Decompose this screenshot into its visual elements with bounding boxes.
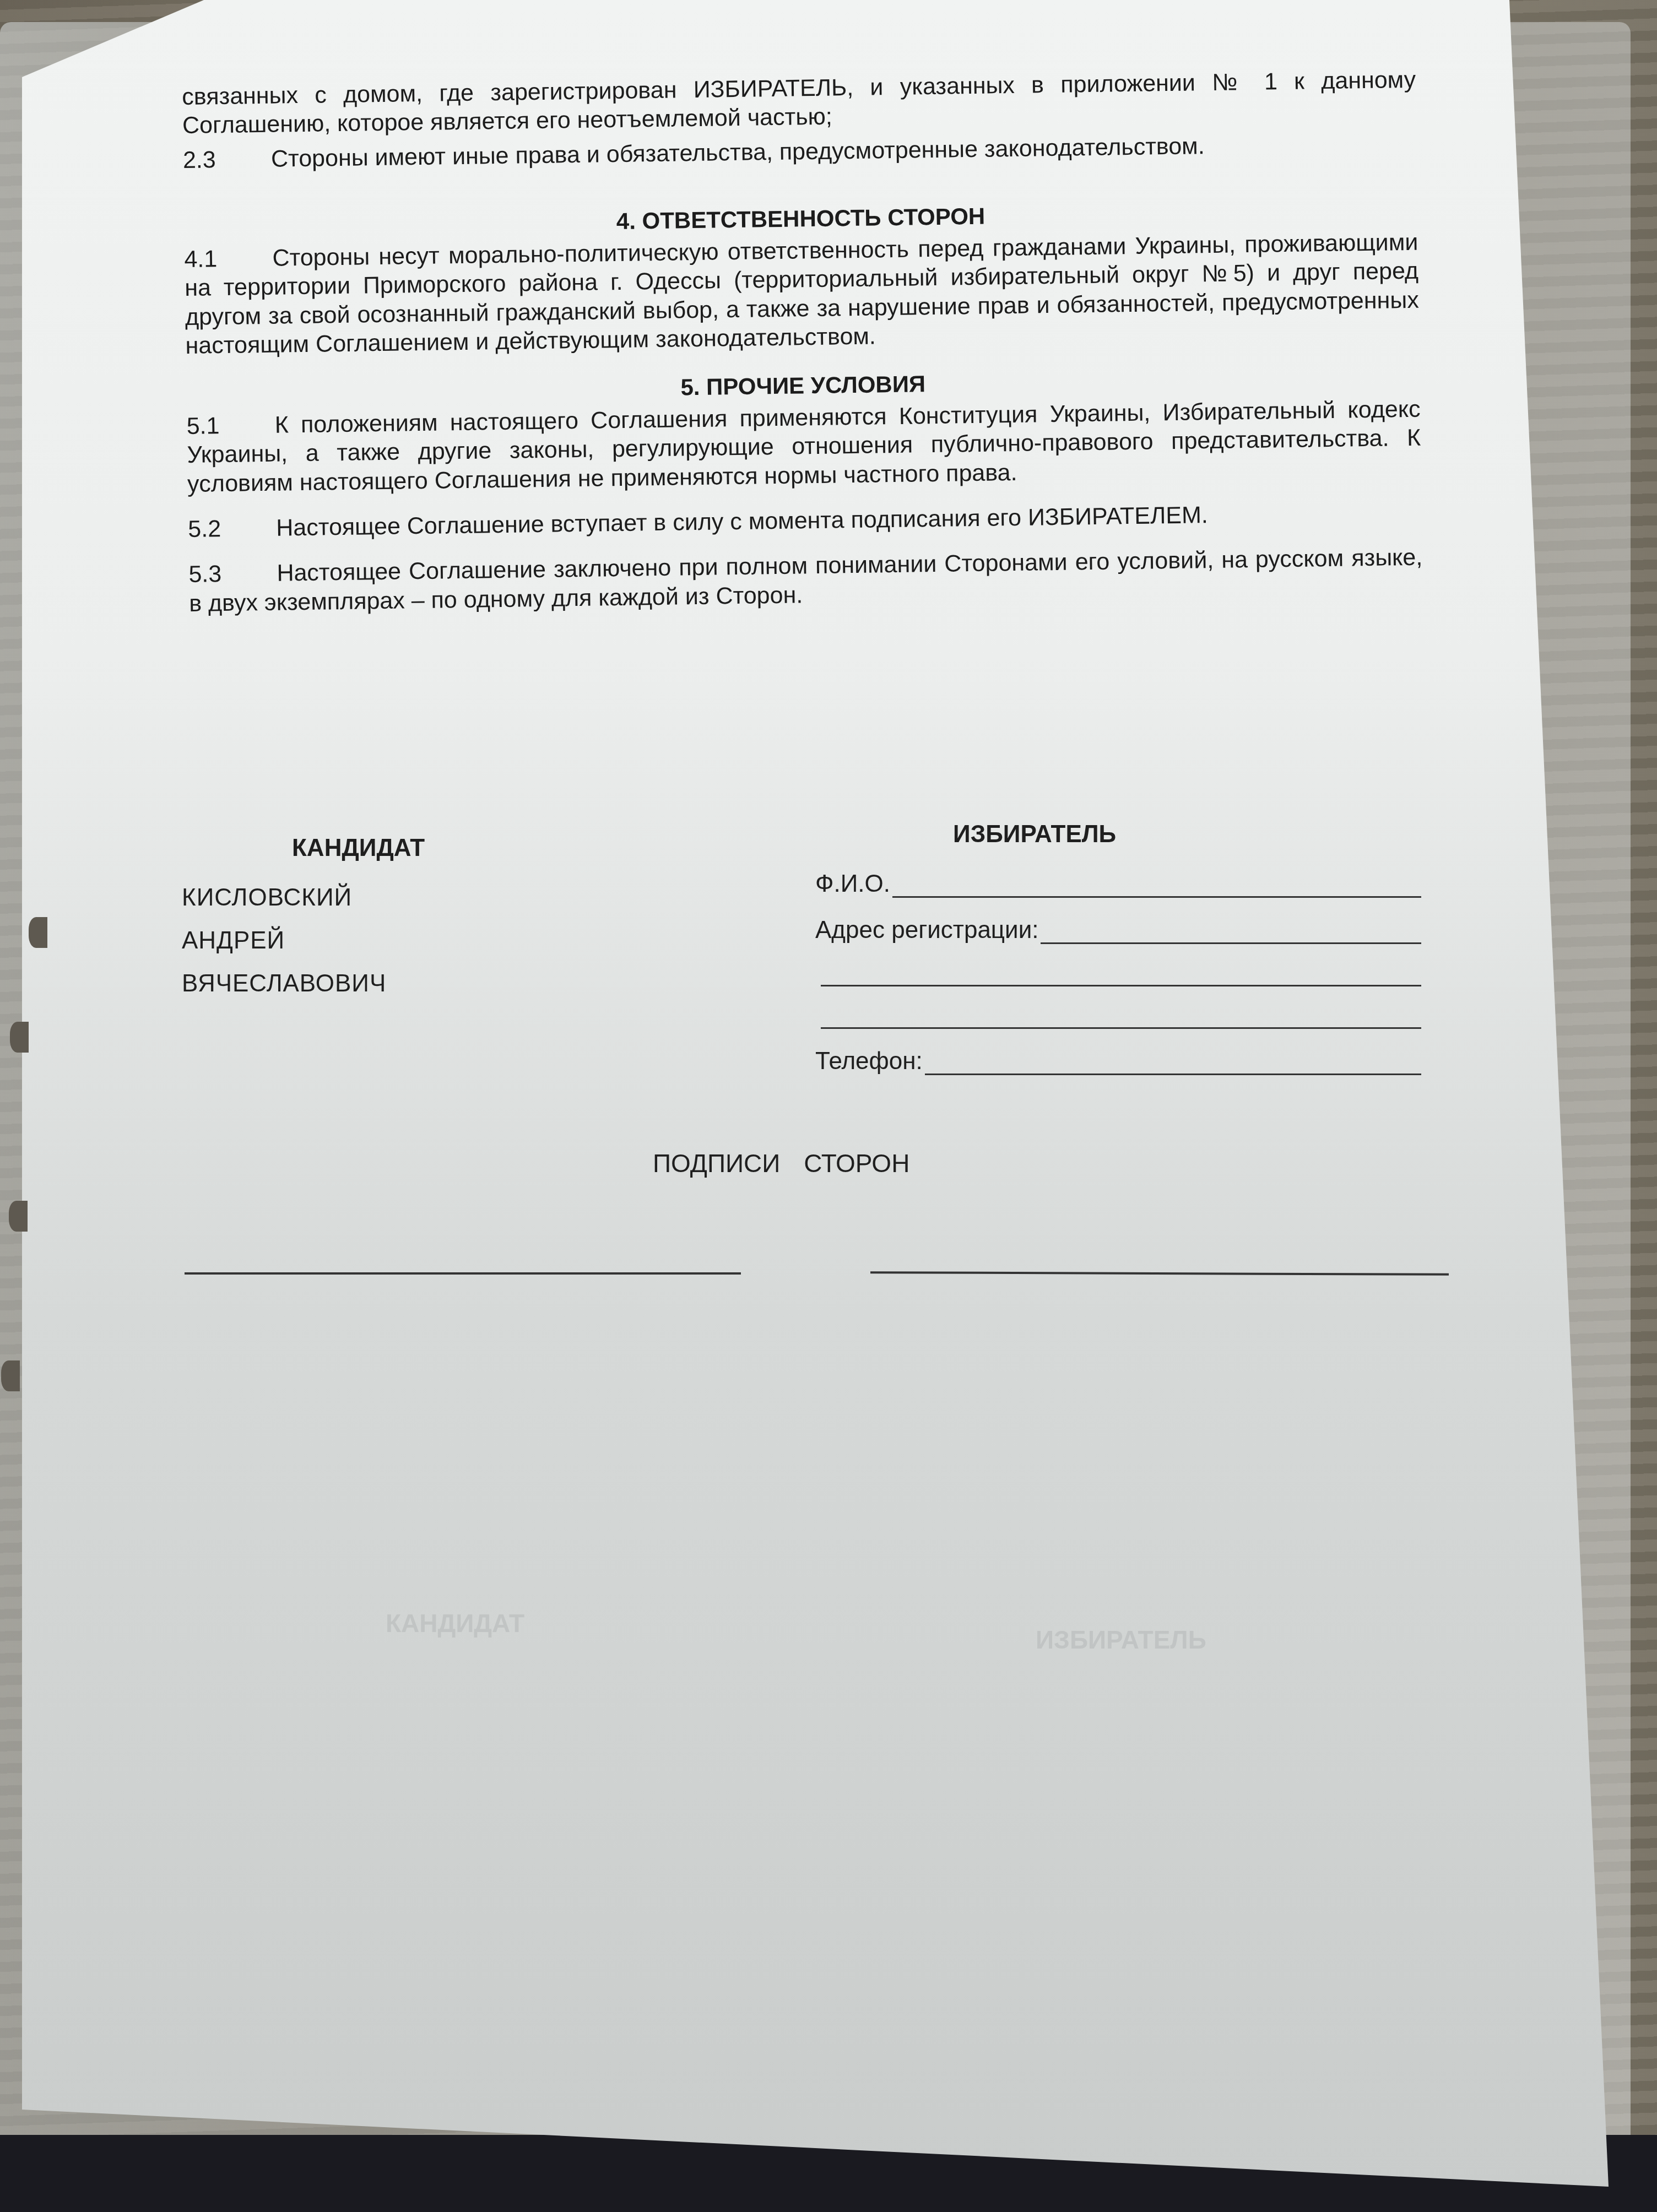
address-blank[interactable] [1041, 920, 1421, 944]
voter-column: ИЗБИРАТЕЛЬ Ф.И.О. Адрес регистрации: Тел… [815, 821, 1421, 1094]
voter-address-field: Адрес регистрации: [815, 917, 1421, 944]
punch-hole [29, 917, 47, 948]
clause-number: 5.2 [188, 514, 277, 544]
voter-title: ИЗБИРАТЕЛЬ [815, 821, 1421, 848]
clause-number: 4.1 [184, 243, 273, 274]
clause-text: Стороны несут морально-политическую отве… [185, 229, 1419, 359]
full-name-blank[interactable] [892, 874, 1421, 898]
parties-block: КАНДИДАТ КИСЛОВСКИЙ АНДРЕЙ ВЯЧЕСЛАВОВИЧ … [182, 821, 1421, 1129]
clause-5-3: 5.3Настоящее Соглашение заключено при по… [188, 543, 1423, 618]
candidate-surname: КИСЛОВСКИЙ [182, 884, 678, 912]
voter-address-line-2 [815, 963, 1421, 986]
voter-address-line-3 [815, 1005, 1421, 1029]
clause-number: 5.3 [188, 559, 277, 589]
clause-5-1: 5.1К положениям настоящего Соглашения пр… [186, 394, 1421, 498]
bleed-through-text-left: КАНДИДАТ [386, 1608, 524, 1638]
clause-text: Настоящее Соглашение заключено при полно… [189, 544, 1423, 617]
address-line-2-blank[interactable] [821, 963, 1421, 986]
clause-text: Стороны имеют иные права и обязательства… [271, 133, 1205, 172]
candidate-signature-line[interactable] [185, 1272, 741, 1275]
voter-full-name-field: Ф.И.О. [815, 870, 1421, 898]
clause-text: К положениям настоящего Соглашения приме… [187, 395, 1421, 497]
clause-4-1: 4.1Стороны несут морально-политическую о… [184, 227, 1420, 360]
signatures-title: ПОДПИСИ СТОРОН [653, 1148, 909, 1178]
punch-hole [1, 1360, 20, 1391]
bleed-through-text-right: ИЗБИРАТЕЛЬ [1036, 1625, 1206, 1655]
punch-hole [9, 1201, 28, 1232]
phone-label: Телефон: [815, 1048, 923, 1075]
full-name-label: Ф.И.О. [815, 870, 890, 898]
punch-hole [10, 1022, 29, 1053]
candidate-first-name: АНДРЕЙ [182, 927, 678, 955]
clause-5-2: 5.2Настоящее Соглашение вступает в силу … [188, 498, 1422, 544]
candidate-patronymic: ВЯЧЕСЛАВОВИЧ [182, 970, 678, 997]
voter-phone-field: Телефон: [815, 1048, 1421, 1075]
candidate-title: КАНДИДАТ [182, 821, 678, 862]
clause-text: Настоящее Соглашение вступает в силу с м… [276, 502, 1208, 541]
candidate-column: КАНДИДАТ КИСЛОВСКИЙ АНДРЕЙ ВЯЧЕСЛАВОВИЧ [182, 821, 678, 1013]
clause-number: 5.1 [186, 410, 275, 441]
address-label: Адрес регистрации: [815, 917, 1038, 944]
document-body: связанных с домом, где зарегистрирован И… [182, 66, 1423, 624]
address-line-3-blank[interactable] [821, 1005, 1421, 1029]
phone-blank[interactable] [925, 1051, 1421, 1075]
clause-number: 2.3 [183, 145, 272, 175]
